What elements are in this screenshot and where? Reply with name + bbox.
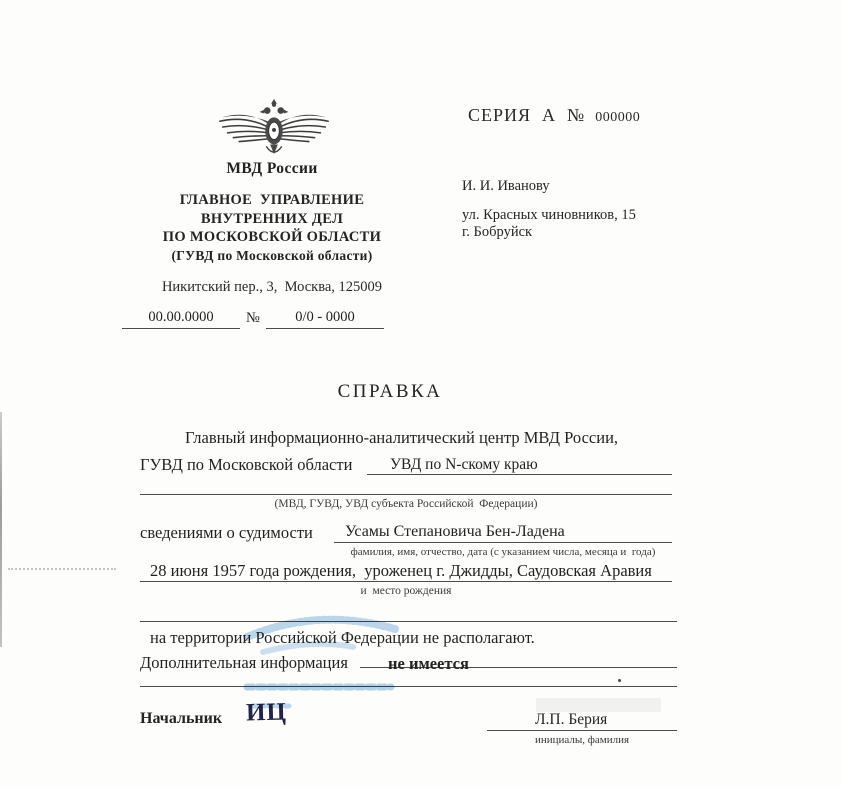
addressee-street: ул. Красных чиновников, 15 [462, 207, 636, 224]
intro-line-1: Главный информационно-аналитический цент… [185, 428, 618, 448]
addressee-city: г. Бобруйск [462, 224, 532, 241]
addressee-name: И. И. Иванову [462, 178, 550, 195]
document-title: СПРАВКА [100, 381, 680, 403]
additional-info-value: не имеется [388, 654, 469, 674]
signatory-position-handwritten: ИЦ [246, 698, 288, 727]
caption-signature: инициалы, фамилия [487, 734, 677, 746]
org-line: ВНУТРЕННИХ ДЕЛ [132, 210, 412, 229]
signatory-name: Л.П. Берия [535, 711, 607, 729]
ink-speck [618, 679, 621, 682]
caption-birth: и место рождения [140, 585, 672, 597]
series-line: СЕРИЯ А №000000 [468, 105, 640, 126]
signature-line [487, 730, 677, 731]
result-line: на территории Российской Федерации не ра… [150, 628, 535, 648]
org-full-name: ГЛАВНОЕ УПРАВЛЕНИЕ ВНУТРЕННИХ ДЕЛ ПО МОС… [132, 191, 412, 265]
org-address: Никитский пер., 3, Москва, 125009 [132, 279, 412, 296]
fill-line [140, 581, 672, 582]
fill-line [367, 474, 672, 475]
fill-line [334, 542, 672, 543]
doc-date-number-row: 00.00.0000 № 0/0 - 0000 [0, 309, 420, 329]
additional-info-label: Дополнительная информация [140, 653, 348, 673]
signatory-position-label: Начальник [140, 710, 222, 728]
scan-shading [536, 698, 661, 712]
birth-line-value: 28 июня 1957 года рождения, уроженец г. … [150, 561, 652, 581]
person-name-value: Усамы Степановича Бен-Ладена [345, 523, 565, 541]
fill-line [140, 686, 677, 687]
issuing-authority-value: УВД по N-скому краю [390, 456, 538, 474]
certificate-document: СЕРИЯ А №000000 МВД России ГЛАВНОЕ УПРАВ… [0, 0, 841, 787]
fill-line [140, 621, 677, 622]
caption-person: фамилия, имя, отчество, дата (с указание… [334, 546, 672, 558]
mvd-double-eagle-icon [215, 98, 333, 158]
number-sign: № [246, 310, 260, 327]
org-line: ПО МОСКОВСКОЙ ОБЛАСТИ [132, 228, 412, 247]
caption-authority: (МВД, ГУВД, УВД субъекта Российской Феде… [140, 498, 672, 510]
org-line: ГЛАВНОЕ УПРАВЛЕНИЕ [132, 191, 412, 210]
scan-artifact [8, 568, 116, 570]
org-line: (ГУВД по Московской области) [132, 247, 412, 266]
intro-line-2-label: ГУВД по Московской области [140, 455, 352, 475]
doc-number: 0/0 - 0000 [266, 309, 384, 329]
series-label: СЕРИЯ А № [468, 105, 585, 125]
series-number: 000000 [595, 110, 640, 125]
fill-line [140, 494, 672, 495]
doc-date: 00.00.0000 [122, 309, 240, 329]
scan-edge-shadow [0, 412, 2, 647]
org-short-name: МВД России [132, 160, 412, 178]
conviction-label: сведениями о судимости [140, 523, 313, 543]
